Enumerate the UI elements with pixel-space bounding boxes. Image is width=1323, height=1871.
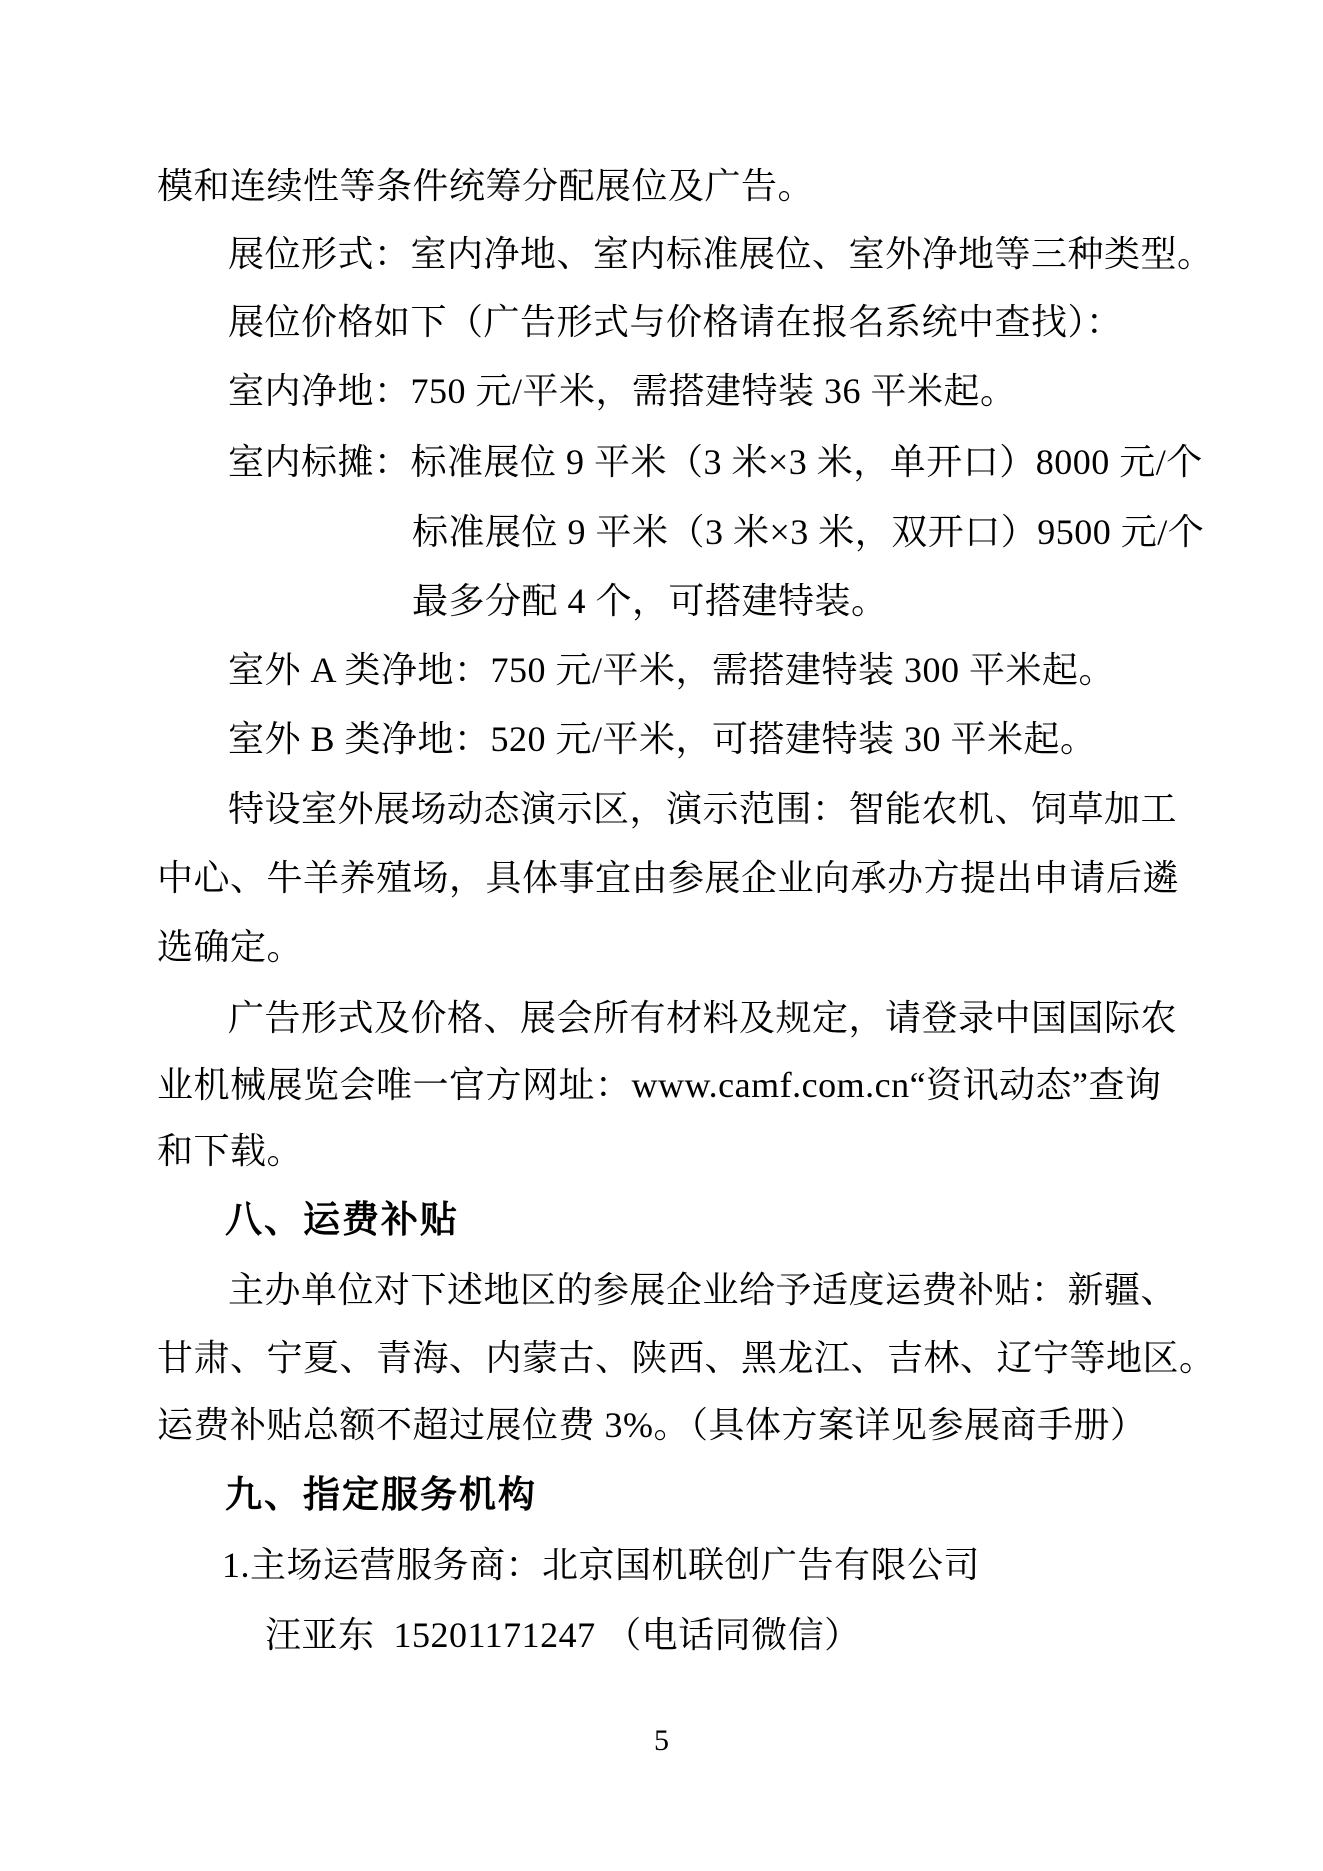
contact-line: 汪亚东 15201171247 （电话同微信） bbox=[265, 1612, 861, 1658]
demo-area-line-2: 中心、牛羊养殖场，具体事宜由参展企业向承办方提出申请后遴 bbox=[157, 855, 1179, 901]
section-9-heading: 九、指定服务机构 bbox=[225, 1472, 537, 1518]
indoor-standard-booth-line-2: 标准展位 9 平米（3 米×3 米，双开口）9500 元/个 bbox=[412, 509, 1204, 555]
demo-area-line-3: 选确定。 bbox=[157, 924, 303, 970]
page-number: 5 bbox=[0, 1724, 1323, 1758]
ad-materials-website-line: 业机械展览会唯一官方网址：www.camf.com.cn“资讯动态”查询 bbox=[157, 1062, 1162, 1108]
freight-subsidy-line-2: 甘肃、宁夏、青海、内蒙古、陕西、黑龙江、吉林、辽宁等地区。 bbox=[157, 1335, 1216, 1381]
service-provider-line: 1.主场运营服务商：北京国机联创广告有限公司 bbox=[222, 1542, 980, 1588]
booth-format-line: 展位形式：室内净地、室内标准展位、室外净地等三种类型。 bbox=[228, 231, 1214, 277]
booth-price-intro-line: 展位价格如下（广告形式与价格请在报名系统中查找）： bbox=[228, 299, 1123, 345]
continuation-line: 模和连续性等条件统筹分配展位及广告。 bbox=[157, 163, 814, 209]
indoor-standard-booth-line-1: 室内标摊：标准展位 9 平米（3 米×3 米，单开口）8000 元/个 bbox=[228, 439, 1203, 485]
demo-area-line-1: 特设室外展场动态演示区，演示范围：智能农机、饲草加工 bbox=[228, 786, 1177, 832]
freight-subsidy-line-1: 主办单位对下述地区的参展企业给予适度运费补贴：新疆、 bbox=[228, 1267, 1177, 1313]
indoor-standard-booth-line-3: 最多分配 4 个，可搭建特装。 bbox=[412, 578, 888, 624]
ad-materials-line-3: 和下载。 bbox=[157, 1128, 303, 1174]
section-8-heading: 八、运费补贴 bbox=[225, 1197, 459, 1243]
ad-materials-line-1: 广告形式及价格、展会所有材料及规定，请登录中国国际农 bbox=[228, 995, 1177, 1041]
document-page: 模和连续性等条件统筹分配展位及广告。 展位形式：室内净地、室内标准展位、室外净地… bbox=[0, 0, 1323, 1871]
indoor-space-price-line: 室内净地：750 元/平米，需搭建特装 36 平米起。 bbox=[228, 368, 1017, 414]
freight-subsidy-line-3: 运费补贴总额不超过展位费 3%。（具体方案详见参展商手册） bbox=[157, 1402, 1147, 1448]
outdoor-a-price-line: 室外 A 类净地：750 元/平米，需搭建特装 300 平米起。 bbox=[228, 647, 1115, 693]
outdoor-b-price-line: 室外 B 类净地：520 元/平米，可搭建特装 30 平米起。 bbox=[228, 716, 1097, 762]
